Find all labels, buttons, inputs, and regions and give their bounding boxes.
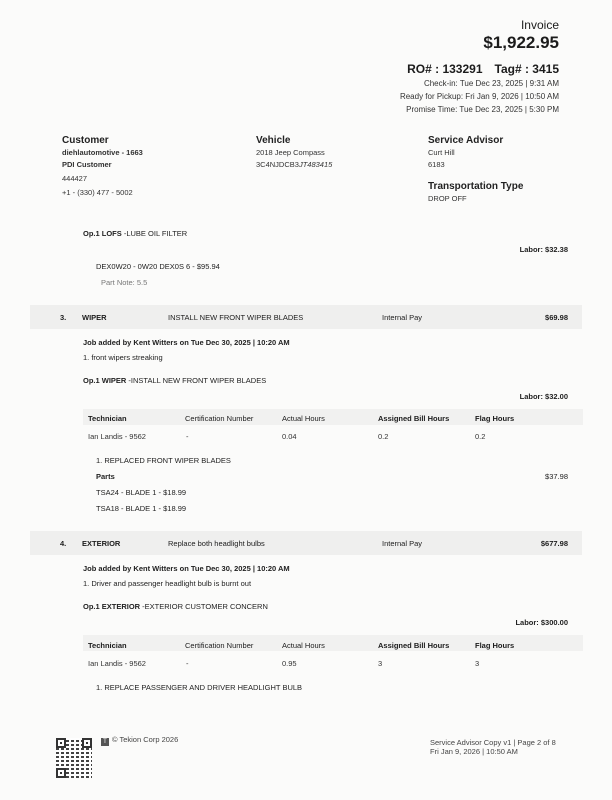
advisor-block: Service Advisor Curt Hill 6183 Transport… — [428, 135, 523, 205]
check-in-time: Check-in: Tue Dec 23, 2025 | 9:31 AM — [424, 79, 559, 88]
prev-op-code: Op.1 LOFS — [83, 229, 122, 238]
customer-heading: Customer — [62, 135, 143, 146]
tekion-logo-icon: T — [101, 738, 109, 746]
advisor-name: Curt Hill — [428, 147, 523, 159]
job-3-amount: $69.98 — [545, 313, 568, 322]
td-flag-hours: 0.2 — [475, 432, 485, 441]
invoice-page: Invoice $1,922.95 RO# : 133291Tag# : 341… — [0, 0, 612, 800]
prev-part: DEX0W20 - 0W20 DEX0S 6 - $95.94 — [96, 262, 220, 271]
th-certification: Certification Number — [185, 414, 253, 423]
footer-printed-time: Fri Jan 9, 2026 | 10:50 AM — [430, 747, 518, 756]
td-actual-hours: 0.04 — [282, 432, 297, 441]
job-3-title: INSTALL NEW FRONT WIPER BLADES — [168, 313, 303, 322]
vehicle-heading: Vehicle — [256, 135, 332, 146]
td-certification: - — [186, 432, 189, 441]
ready-for-pickup-time: Ready for Pickup: Fri Jan 9, 2026 | 10:5… — [400, 92, 559, 101]
job-3-header-band — [30, 305, 582, 329]
job-3-parts-label: Parts — [96, 472, 115, 481]
job-4-number: 4. — [60, 539, 66, 548]
vin-prefix: 3C4NJDCB3 — [256, 160, 299, 169]
footer-copyright: T© Tekion Corp 2026 — [101, 735, 178, 746]
job-3-correction: 1. REPLACED FRONT WIPER BLADES — [96, 456, 231, 465]
prev-op-desc: -LUBE OIL FILTER — [122, 229, 187, 238]
job-4-labor: Labor: $300.00 — [515, 618, 568, 627]
th-flag-hours: Flag Hours — [475, 641, 514, 650]
th-technician: Technician — [88, 414, 127, 423]
invoice-total: $1,922.95 — [483, 33, 559, 53]
job-4-op-code: Op.1 EXTERIOR — [83, 602, 140, 611]
customer-block: Customer diehlautomotive - 1663 PDI Cust… — [62, 135, 143, 199]
job-3-op-code: Op.1 WIPER — [83, 376, 126, 385]
job-4-title: Replace both headlight bulbs — [168, 539, 265, 548]
customer-phone: +1 - (330) 477 - 5002 — [62, 187, 143, 199]
vehicle-vin: 3C4NJDCB3JT483415 — [256, 159, 332, 171]
qr-code-icon — [56, 738, 92, 778]
job-3-part-1: TSA24 - BLADE 1 - $18.99 — [96, 488, 186, 497]
job-3-op-line: Op.1 WIPER -INSTALL NEW FRONT WIPER BLAD… — [83, 376, 266, 385]
customer-account: diehlautomotive - 1663 — [62, 147, 143, 159]
job-3-added-by: Job added by Kent Witters on Tue Dec 30,… — [83, 338, 290, 347]
invoice-title: Invoice — [521, 18, 559, 32]
td-actual-hours: 0.95 — [282, 659, 297, 668]
td-certification: - — [186, 659, 189, 668]
th-assigned-bill-hours: Assigned Bill Hours — [378, 641, 449, 650]
td-technician: Ian Landis - 9562 — [88, 659, 146, 668]
customer-id: 444427 — [62, 173, 143, 185]
footer-copy-info: Service Advisor Copy v1 | Page 2 of 8 — [430, 738, 556, 747]
td-assigned-bill-hours: 3 — [378, 659, 382, 668]
tag-number: Tag# : 3415 — [495, 62, 559, 76]
th-actual-hours: Actual Hours — [282, 414, 325, 423]
job-4-op-line: Op.1 EXTERIOR -EXTERIOR CUSTOMER CONCERN — [83, 602, 268, 611]
job-3-part-2: TSA18 - BLADE 1 - $18.99 — [96, 504, 186, 513]
th-flag-hours: Flag Hours — [475, 414, 514, 423]
prev-op-line: Op.1 LOFS -LUBE OIL FILTER — [83, 229, 187, 238]
job-3-pay-type: Internal Pay — [382, 313, 422, 322]
td-flag-hours: 3 — [475, 659, 479, 668]
job-4-op-desc: -EXTERIOR CUSTOMER CONCERN — [140, 602, 268, 611]
td-assigned-bill-hours: 0.2 — [378, 432, 388, 441]
job-3-number: 3. — [60, 313, 66, 322]
th-technician: Technician — [88, 641, 127, 650]
job-3-concern: 1. front wipers streaking — [83, 353, 163, 362]
promise-time: Promise Time: Tue Dec 23, 2025 | 5:30 PM — [406, 105, 559, 114]
job-4-added-by: Job added by Kent Witters on Tue Dec 30,… — [83, 564, 290, 573]
th-certification: Certification Number — [185, 641, 253, 650]
job-3-op-desc: -INSTALL NEW FRONT WIPER BLADES — [126, 376, 266, 385]
job-3-parts-total: $37.98 — [545, 472, 568, 481]
job-4-pay-type: Internal Pay — [382, 539, 422, 548]
prev-part-note: Part Note: 5.5 — [101, 278, 147, 287]
copyright-text: © Tekion Corp 2026 — [112, 735, 178, 744]
prev-labor: Labor: $32.38 — [520, 245, 568, 254]
transportation-heading: Transportation Type — [428, 181, 523, 192]
th-actual-hours: Actual Hours — [282, 641, 325, 650]
advisor-heading: Service Advisor — [428, 135, 523, 146]
job-4-code: EXTERIOR — [82, 539, 120, 548]
job-3-code: WIPER — [82, 313, 107, 322]
job-4-correction: 1. REPLACE PASSENGER AND DRIVER HEADLIGH… — [96, 683, 302, 692]
advisor-id: 6183 — [428, 159, 523, 171]
th-assigned-bill-hours: Assigned Bill Hours — [378, 414, 449, 423]
vehicle-model: 2018 Jeep Compass — [256, 147, 332, 159]
vin-suffix: JT483415 — [299, 160, 332, 169]
ro-tag-line: RO# : 133291Tag# : 3415 — [407, 62, 559, 76]
job-4-concern: 1. Driver and passenger headlight bulb i… — [83, 579, 251, 588]
customer-name: PDI Customer — [62, 159, 143, 171]
job-3-labor: Labor: $32.00 — [520, 392, 568, 401]
vehicle-block: Vehicle 2018 Jeep Compass 3C4NJDCB3JT483… — [256, 135, 332, 171]
ro-number: RO# : 133291 — [407, 62, 482, 76]
job-4-amount: $677.98 — [541, 539, 568, 548]
td-technician: Ian Landis - 9562 — [88, 432, 146, 441]
transportation-type: DROP OFF — [428, 193, 523, 205]
